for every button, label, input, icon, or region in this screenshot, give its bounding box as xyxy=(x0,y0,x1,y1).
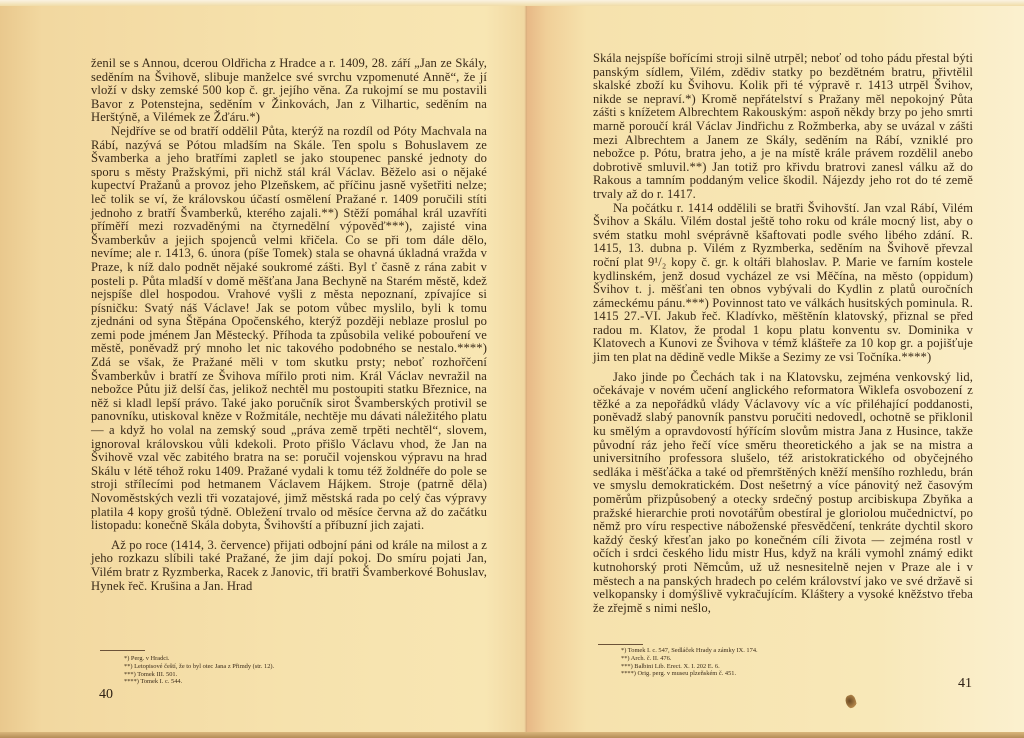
scan-bottom-edge xyxy=(0,732,1024,738)
footnote: **) Letopisové čeští, že to byl otec Jan… xyxy=(124,663,274,671)
left-paragraph-3: Až po roce (1414, 3. července) přijati o… xyxy=(91,539,487,593)
right-footnote-rule xyxy=(598,644,643,645)
right-page-body: Skála nejspíše bořícími stroji silně utr… xyxy=(593,52,973,615)
left-page-body: ženil se s Annou, dcerou Oldřicha z Hrad… xyxy=(91,57,487,593)
page-number-right: 41 xyxy=(958,676,972,692)
book-spread: ženil se s Annou, dcerou Oldřicha z Hrad… xyxy=(0,0,1024,738)
page-number-left: 40 xyxy=(99,687,113,703)
footnote: ***) Balbini Lib. Erect. X. I. 202 E. 6. xyxy=(621,663,758,671)
right-paragraph-3: Jako jinde po Čechách tak i na Klatovsku… xyxy=(593,371,973,616)
right-paragraph-2: Na počátku r. 1414 oddělili se bratři Šv… xyxy=(593,202,973,365)
footnote: ****) Orig. perg. v museu plzeňském č. 4… xyxy=(621,670,758,678)
left-footnotes: *) Perg. v Hradci. **) Letopisové čeští,… xyxy=(124,655,274,686)
footnote: *) Perg. v Hradci. xyxy=(124,655,274,663)
footnote: **) Arch. č. II. 476. xyxy=(621,655,758,663)
right-paragraph-1: Skála nejspíše bořícími stroji silně utr… xyxy=(593,52,973,202)
left-paragraph-1: ženil se s Annou, dcerou Oldřicha z Hrad… xyxy=(91,57,487,125)
right-footnotes: *) Tomek I. c. 547, Sedláček Hrady a zám… xyxy=(621,647,758,678)
footnote: *) Tomek I. c. 547, Sedláček Hrady a zám… xyxy=(621,647,758,655)
left-paragraph-2: Nejdříve se od bratří oddělil Půta, kter… xyxy=(91,125,487,533)
footnote: ****) Tomek I. c. 544. xyxy=(124,678,274,686)
footnote: ***) Tomek III. 501. xyxy=(124,671,274,679)
left-footnote-rule xyxy=(100,650,145,651)
